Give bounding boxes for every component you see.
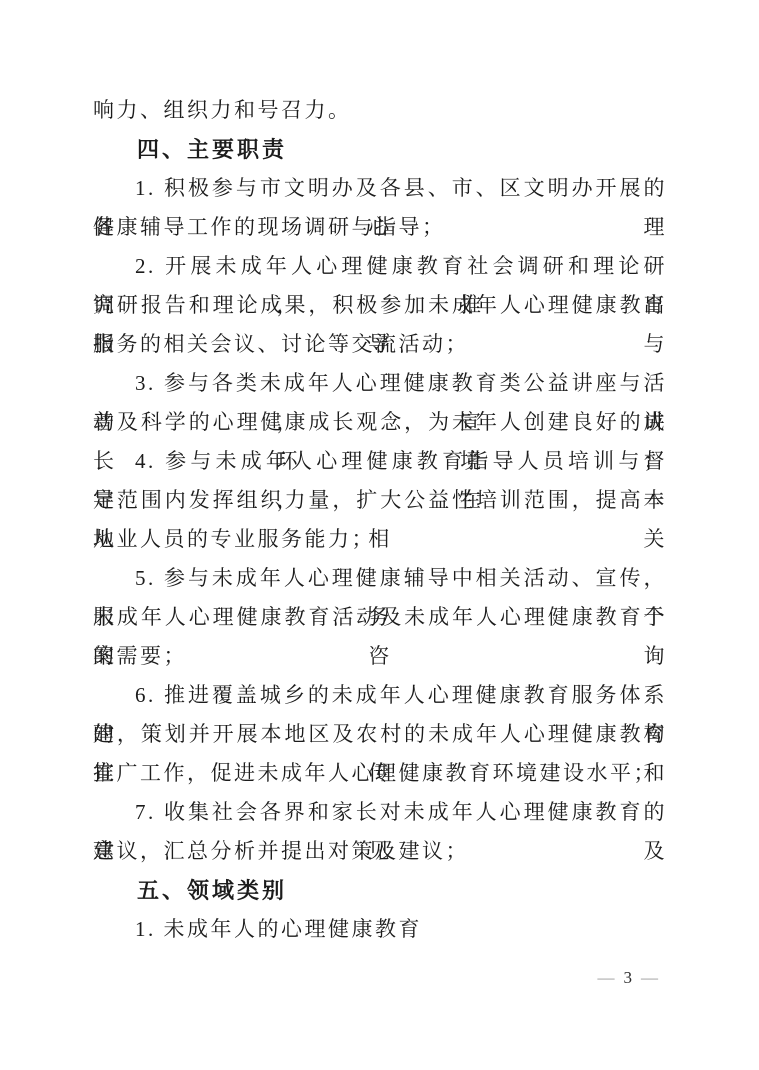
body-line-item4-b: 定范围内发挥组织力量，扩大公益性培训范围，提高本地相关 <box>93 481 667 520</box>
body-line-item3-a: 3. 参与各类未成年人心理健康教育类公益讲座与活动，宣讲 <box>93 364 667 403</box>
body-line-item6-a: 6. 推进覆盖城乡的未成年人心理健康教育服务体系的构 <box>93 676 667 715</box>
body-line-continuation: 响力、组织力和号召力。 <box>93 91 667 130</box>
body-line-item2-a: 2. 开展未成年人心理健康教育社会调研和理论研究，推出 <box>93 247 667 286</box>
body-line-item2-b: 调研报告和理论成果，积极参加未成年人心理健康教育指导与 <box>93 286 667 325</box>
page-number-dash-right: — <box>632 968 667 987</box>
body-line-item4-a: 4. 参与未成年人心理健康教育指导人员培训与督导，在一 <box>93 442 667 481</box>
heading-main-duties: 四、主要职责 <box>93 130 667 169</box>
page-number-dash-left: — <box>589 968 624 987</box>
body-line-item5-b: 未成年人心理健康教育活动及未成年人心理健康教育个案咨询 <box>93 598 667 637</box>
page-number: —3— <box>589 966 668 990</box>
body-line-item1-a: 1. 积极参与市文明办及各县、市、区文明办开展的各心理 <box>93 169 667 208</box>
page-number-value: 3 <box>624 968 633 987</box>
body-line-item5-a: 5. 参与未成年人心理健康辅导中相关活动、宣传，服务于 <box>93 559 667 598</box>
body-line-item7-a: 7. 收集社会各界和家长对未成年人心理健康教育的意见及 <box>93 793 667 832</box>
document-page: 响力、组织力和号召力。 四、主要职责 1. 积极参与市文明办及各县、市、区文明办… <box>0 0 759 1070</box>
heading-domain-category: 五、领域类别 <box>93 871 667 910</box>
document-body: 响力、组织力和号召力。 四、主要职责 1. 积极参与市文明办及各县、市、区文明办… <box>93 91 667 949</box>
body-line-item3-b: 普及科学的心理健康成长观念，为未年人创建良好的成长环境； <box>93 403 667 442</box>
body-line-item6-b: 建，策划并开展本地区及农村的未成年人心理健康教育宣传和 <box>93 715 667 754</box>
body-line-item6-c: 推广工作，促进未成年人心理健康教育环境建设水平； <box>93 754 667 793</box>
body-line-domain-item1: 1. 未成年人的心理健康教育 <box>93 910 667 949</box>
